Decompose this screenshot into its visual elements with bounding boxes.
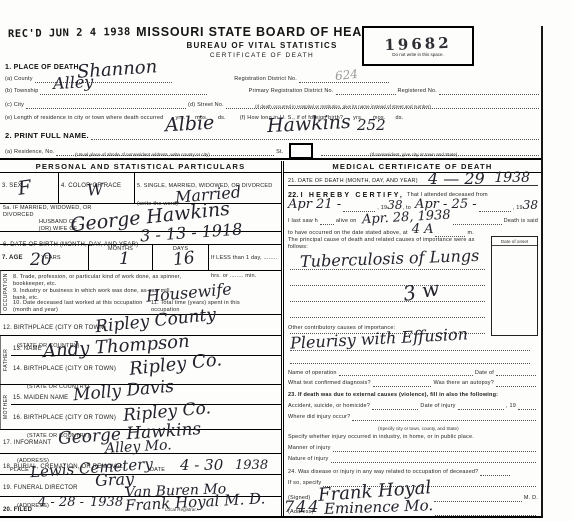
to-year-handwritten: 38 <box>523 198 538 212</box>
accident-label: Accident, suicide, or homicide? <box>288 403 370 410</box>
age-months-cell: MONTHS 1 <box>88 245 152 270</box>
filed-date-handwritten: 4 - 28 - <box>38 495 84 510</box>
principal-cause-block: The principal cause of death and related… <box>288 237 538 325</box>
dotted-line <box>453 218 501 225</box>
father-birthplace-label: 14. BIRTHPLACE (CITY OR TOWN) <box>13 366 116 372</box>
occurred-time-handwritten: 4 A <box>412 222 434 237</box>
race-handwritten: W <box>86 179 104 199</box>
contributory-block: Other contributory causes of importance:… <box>288 325 538 366</box>
nature-line: Nature of injury <box>288 452 538 463</box>
manner-line: Manner of injury <box>288 441 538 452</box>
dotted-line <box>290 301 485 302</box>
ds-label: ds. <box>218 115 226 122</box>
registration-district-label: Registration District No. <box>234 76 297 83</box>
birth-date-row: 6. DATE OF BIRTH (MONTH, DAY, AND YEAR) … <box>0 232 281 245</box>
dotted-line <box>479 205 511 212</box>
date-of-onset-label: Date of onset <box>492 239 537 246</box>
dotted-line <box>290 269 485 270</box>
dotted-line <box>480 469 510 476</box>
particulars-area: PERSONAL AND STATISTICAL PARTICULARS 3. … <box>0 161 541 518</box>
city-label: (c) City <box>5 102 24 109</box>
place-of-death-section: 1. PLACE OF DEATH (a) County Shannon Reg… <box>5 60 541 122</box>
alive-on-label: alive on <box>336 218 357 225</box>
place-of-death-label: 1. PLACE OF DEATH <box>5 64 79 71</box>
last-worked-label: 10. Date deceased last worked at this oc… <box>13 300 143 314</box>
board-title: MISSOURI STATE BOARD OF HEALTH <box>128 25 396 39</box>
nature-label: Nature of injury <box>288 456 329 463</box>
occupation-fields: 8. Trade, profession, or particular kind… <box>11 271 281 314</box>
primary-registration-label: Primary Registration District No. <box>249 88 334 95</box>
manner-label: Manner of injury <box>288 445 331 452</box>
certify-block: 22. I HEREBY CERTIFY, That I attended de… <box>288 186 538 237</box>
street-no-label: (d) Street No. <box>188 102 224 109</box>
father-name-row: 13. NAME Andy Thompson <box>11 336 281 355</box>
dotted-line <box>339 369 473 376</box>
name-extra-number-handwritten: 252 <box>357 116 386 134</box>
external-label: 23. If death was due to external causes … <box>288 392 498 399</box>
physician-address-handwritten: Eminence Mo. <box>323 496 433 518</box>
full-name-label: 2. PRINT FULL NAME. <box>5 131 89 140</box>
age-less-than-cell: If LESS than 1 day, ........ hrs. or ...… <box>208 245 281 270</box>
test-autopsy-line: What test confirmed diagnosis? Was there… <box>288 376 538 387</box>
injury-date-label: Date of injury <box>420 403 455 410</box>
md-label: M. D. <box>524 495 538 502</box>
sex-race-marital-row: 3. SEX F 4. COLOR OR RACE W 5. SINGLE, M… <box>0 173 281 204</box>
death-said-label: Death is said <box>504 218 538 225</box>
registered-no-label: Registered No. <box>398 88 438 95</box>
dotted-line <box>496 380 536 387</box>
personal-particulars-column: PERSONAL AND STATISTICAL PARTICULARS 3. … <box>0 161 284 516</box>
medical-certificate-column: MEDICAL CERTIFICATE OF DEATH 21. DATE OF… <box>284 161 541 516</box>
mother-name-label: 15. MAIDEN NAME <box>13 395 68 401</box>
ds-label: ds. <box>396 115 404 122</box>
township-label: (b) Township <box>5 88 38 95</box>
surname-handwritten: Hawkins <box>266 111 351 137</box>
age-years-cell: 7. AGE YEARS 20 <box>0 245 88 270</box>
dotted-line <box>290 363 530 364</box>
registration-district-handwritten: 624 <box>334 67 358 83</box>
dotted-line <box>290 285 485 286</box>
sex-handwritten: F <box>17 176 33 200</box>
st-label: St. <box>276 149 283 156</box>
injury-year-label: , 19 <box>506 403 516 410</box>
residence-row: (a) Residence, No. (Usual place of abode… <box>5 143 541 156</box>
occupation-related-block: 24. Was disease or injury in any way rel… <box>288 463 538 516</box>
specify-label: Specify whether injury occurred in indus… <box>288 434 474 441</box>
burial-row: 18. BURIAL, CREMATION, OR REMOVAL PLACE … <box>0 454 281 475</box>
dotted-line <box>435 230 465 237</box>
certificate-number: 19682 <box>364 33 473 55</box>
birthplace-row: 12. BIRTHPLACE (CITY OR TOWN) (STATE OR … <box>0 315 281 336</box>
address-line: (Address) Eminence Mo. <box>288 502 538 516</box>
death-date-handwritten: 4 — 29 <box>428 169 485 188</box>
last-saw-label: I last saw h <box>288 218 318 225</box>
death-year-handwritten: 1938 <box>494 170 530 186</box>
burial-place-label: PLACE <box>10 467 29 474</box>
burial-year-handwritten: 1938 <box>235 458 268 473</box>
sex-cell: 3. SEX F <box>0 173 58 203</box>
section-divider-rule <box>0 158 541 160</box>
related-label: 24. Was disease or injury in any way rel… <box>288 469 478 476</box>
occurred-label: to have occurred on the date stated abov… <box>288 230 408 237</box>
dotted-line <box>333 445 536 452</box>
dotted-line <box>518 403 536 410</box>
ward-box <box>289 143 313 159</box>
occupation-strip-label: OCCUPATION <box>0 271 11 314</box>
operation-line: Name of operation Date of <box>288 366 538 377</box>
external-line: 23. If death was due to external causes … <box>288 389 538 399</box>
residence-note: (Usual place of abode. If nonresident ad… <box>75 152 210 157</box>
where-line: Where did injury occur? <box>288 410 538 421</box>
marital-cell: 5. SINGLE, MARRIED, WIDOWED, OR DIVORCED… <box>134 173 281 203</box>
age-days-handwritten: 16 <box>172 248 196 270</box>
mother-name-row: 15. MAIDEN NAME Molly Davis <box>11 385 281 404</box>
bottom-number-handwritten: 744 <box>284 497 321 516</box>
residence-length-label: (e) Length of residence in city or town … <box>5 115 163 122</box>
burial-date-handwritten: 4 - 30 <box>180 456 223 474</box>
occupation-block: OCCUPATION 8. Trade, profession, or part… <box>0 271 281 315</box>
father-block: FATHER 13. NAME Andy Thompson 14. BIRTHP… <box>0 336 281 385</box>
age-label: 7. AGE <box>2 255 23 261</box>
dotted-line <box>320 218 334 225</box>
death-date-row: 21. DATE OF DEATH (MONTH, DAY, AND YEAR)… <box>288 173 538 186</box>
full-name-row: 2. PRINT FULL NAME. Albie Hawkins 252 <box>5 126 541 140</box>
where-label: Where did injury occur? <box>288 414 350 421</box>
accident-line: Accident, suicide, or homicide? Date of … <box>288 399 538 410</box>
dotted-line <box>352 414 536 421</box>
external-causes-block: 23. If death was due to external causes … <box>288 387 538 463</box>
dotted-line <box>435 509 536 516</box>
filed-label: 20. FILED <box>3 507 32 513</box>
dotted-line <box>496 369 536 376</box>
informant-row: 17. INFORMANT (ADDRESS) George Hawkins A… <box>0 430 281 454</box>
age-years-handwritten: 20 <box>30 250 52 270</box>
dotted-line <box>372 403 418 410</box>
race-cell: 4. COLOR OR RACE W <box>58 173 134 203</box>
township-handwritten: Alley <box>53 72 94 93</box>
filed-row: 20. FILED 4 - 28 - 1938 Frank Hoyal M. D… <box>0 497 281 516</box>
dotted-line <box>336 88 396 95</box>
informant-label: 17. INFORMANT <box>3 440 51 446</box>
attended-from-handwritten: Apr 21 - <box>288 197 341 212</box>
m-label: m. <box>467 230 474 237</box>
bureau-subtitle: BUREAU OF VITAL STATISTICS <box>128 41 396 50</box>
mother-birthplace-label: 16. BIRTHPLACE (CITY OR TOWN) <box>13 415 116 421</box>
local-registrar-label: Local Registrar. <box>165 507 197 512</box>
dotted-line <box>290 350 530 351</box>
dotted-line <box>331 456 537 463</box>
header-titles: MISSOURI STATE BOARD OF HEALTH BUREAU OF… <box>128 25 396 59</box>
where-note-line: (Specify city or town, county, and State… <box>288 421 538 431</box>
dotted-line <box>439 88 539 95</box>
father-name-label: 13. NAME <box>13 346 42 352</box>
document-type: CERTIFICATE OF DEATH <box>128 52 396 59</box>
occupation-industry-row: 9. Industry or business in which work wa… <box>11 285 281 299</box>
burial-date-label: DATE <box>150 467 165 474</box>
county-label: (a) County <box>5 76 33 83</box>
personal-section-title: PERSONAL AND STATISTICAL PARTICULARS <box>0 161 281 173</box>
page-edge-rule <box>541 26 543 518</box>
test-label: What test confirmed diagnosis? <box>288 380 371 387</box>
funeral-director-label: 19. FUNERAL DIRECTOR <box>3 485 78 491</box>
related-line: 24. Was disease or injury in any way rel… <box>288 465 538 476</box>
occupation-trade-row: 8. Trade, profession, or particular kind… <box>11 271 281 285</box>
dotted-line <box>290 317 485 318</box>
given-name-handwritten: Albie <box>164 112 214 137</box>
age-days-cell: DAYS 16 <box>152 245 208 270</box>
received-date-stamp: REC'D JUN 2 4 1938 <box>8 26 131 40</box>
autopsy-label: Was there an autopsy? <box>433 380 494 387</box>
death-certificate-document: REC'D JUN 2 4 1938 MISSOURI STATE BOARD … <box>0 0 572 522</box>
operation-date-label: Date of <box>475 370 494 377</box>
mother-strip-label: MOTHER <box>0 385 11 429</box>
death-date-label: 21. DATE OF DEATH (MONTH, DAY, AND YEAR) <box>288 178 418 185</box>
dotted-line <box>458 403 504 410</box>
dotted-line <box>373 380 432 387</box>
birthplace-label: 12. BIRTHPLACE (CITY OR TOWN) <box>3 325 106 331</box>
operation-label: Name of operation <box>288 370 337 377</box>
dotted-line <box>26 102 186 109</box>
date-of-onset-box: Date of onset <box>491 236 538 336</box>
nonresident-note: (If nonresident, give city or town and S… <box>370 152 457 157</box>
father-strip-label: FATHER <box>0 336 11 384</box>
dotted-line <box>434 495 522 502</box>
if-so-label: If so, specify <box>288 480 321 487</box>
residence-label: (a) Residence, No. <box>5 149 54 156</box>
city-street-row: (c) City (d) Street No. (If death occurr… <box>5 95 541 109</box>
specify-line: Specify whether injury occurred in indus… <box>288 431 538 441</box>
filed-year-handwritten: 1938 <box>90 495 123 510</box>
year-19-label: , 19 <box>513 205 523 212</box>
age-row: 7. AGE YEARS 20 MONTHS 1 DAYS 16 If LESS… <box>0 245 281 271</box>
township-row: (b) Township Alley Primary Registration … <box>5 83 541 95</box>
age-months-handwritten: 1 <box>119 249 130 269</box>
